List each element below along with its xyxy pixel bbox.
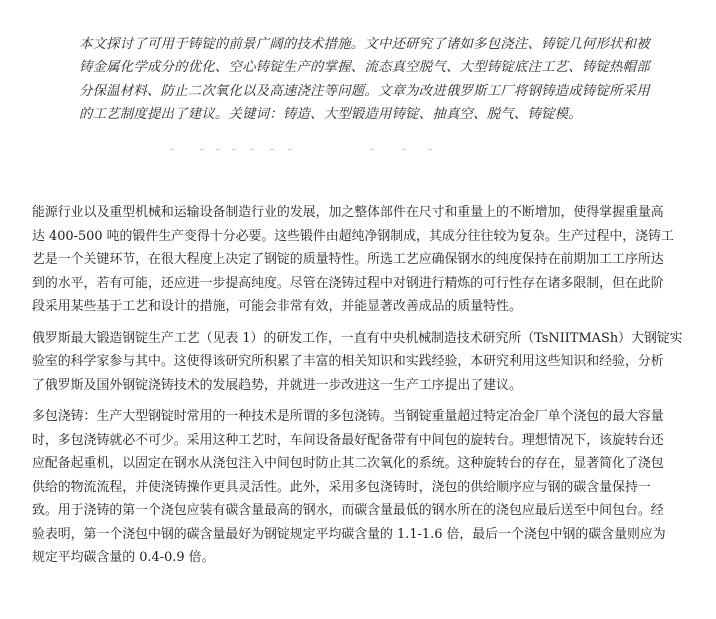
paragraph-multi-ladle: 多包浇铸：生产大型钢锭时常用的一种技术是所谓的多包浇铸。当钢锭重量超过特定冶金厂… [32, 405, 692, 570]
text-line: 达 400-500 吨的锻件生产变得十分必要。这些锻件由超纯净钢制成，其成分往往… [32, 225, 692, 249]
artifact-mark [232, 146, 236, 150]
text-line: 俄罗斯最大锻造钢锭生产工艺（见表 1）的研发工作，一直有中央机械制造技术研究所（… [32, 327, 692, 351]
text-line: 供给的物流流程，并使浇铸操作更具灵活性。此外，采用多包浇铸时，浇包的供给顺序应与… [32, 476, 692, 500]
artifact-mark [428, 146, 432, 150]
abstract-line: 分保温材料、防止二次氧化以及高速浇注等问题。文章为改进俄罗斯工厂将钢铸造成铸锭所… [79, 80, 651, 103]
artifact-mark [370, 146, 374, 150]
scan-artifact-marks [170, 144, 450, 154]
body-text: 能源行业以及重型机械和运输设备制造行业的发展，加之整体部件在尺寸和重量上的不断增… [32, 201, 692, 578]
artifact-mark [270, 146, 274, 150]
text-line: 艺是一个关键环节，在很大程度上决定了钢锭的质量特性。所选工艺应确保钢水的纯度保持… [32, 248, 692, 272]
text-line: 时，多包浇铸就必不可少。采用这种工艺时，车间设备最好配备带有中间包的旋转台。理想… [32, 429, 692, 453]
abstract-line: 的工艺制度提出了建议。关键词：铸造、大型锻造用铸锭、抽真空、脱气、铸锭模。 [79, 103, 651, 126]
abstract-line: 本文探讨了可用于铸锭的前景广阔的技术措施。文中还研究了诸如多包浇注、铸锭几何形状… [79, 33, 651, 56]
artifact-mark [250, 146, 254, 150]
artifact-mark [170, 146, 174, 150]
artifact-mark [216, 146, 220, 150]
text-line: 应配备起重机，以固定在钢水从浇包注入中间包时防止其二次氧化的系统。这种旋转台的存… [32, 452, 692, 476]
text-line: 能源行业以及重型机械和运输设备制造行业的发展，加之整体部件在尺寸和重量上的不断增… [32, 201, 692, 225]
text-line: 规定平均碳含量的 0.4-0.9 倍。 [32, 546, 692, 570]
text-line: 多包浇铸：生产大型钢锭时常用的一种技术是所谓的多包浇铸。当钢锭重量超过特定冶金厂… [32, 405, 692, 429]
text-line: 验表明，第一个浇包中钢的碳含量最好为钢锭规定平均碳含量的 1.1-1.6 倍，最… [32, 523, 692, 547]
artifact-mark [288, 146, 292, 150]
text-line: 到的水平，若有可能，还应进一步提高纯度。尽管在浇铸过程中对钢进行精炼的可行性存在… [32, 272, 692, 296]
paragraph-intro: 能源行业以及重型机械和运输设备制造行业的发展，加之整体部件在尺寸和重量上的不断增… [32, 201, 692, 319]
abstract-line: 铸金属化学成分的优化、空心铸锭生产的掌握、流态真空脱气、大型铸锭底注工艺、铸锭热… [79, 56, 651, 79]
text-line: 验室的科学家参与其中。这使得该研究所积累了丰富的相关知识和实践经验，本研究利用这… [32, 350, 692, 374]
paragraph-research: 俄罗斯最大锻造钢锭生产工艺（见表 1）的研发工作，一直有中央机械制造技术研究所（… [32, 327, 692, 398]
artifact-mark [200, 146, 204, 150]
artifact-mark [402, 146, 406, 150]
abstract: 本文探讨了可用于铸锭的前景广阔的技术措施。文中还研究了诸如多包浇注、铸锭几何形状… [79, 33, 651, 126]
text-line: 致。用于浇铸的第一个浇包应装有碳含量最高的钢水，而碳含量最低的钢水所在的浇包应最… [32, 499, 692, 523]
text-line: 段采用某些基于工艺和设计的措施，可能会非常有效，并能显著改善成品的质量特性。 [32, 295, 692, 319]
text-line: 了俄罗斯及国外钢锭浇铸技术的发展趋势，并就进一步改进这一生产工序提出了建议。 [32, 374, 692, 398]
